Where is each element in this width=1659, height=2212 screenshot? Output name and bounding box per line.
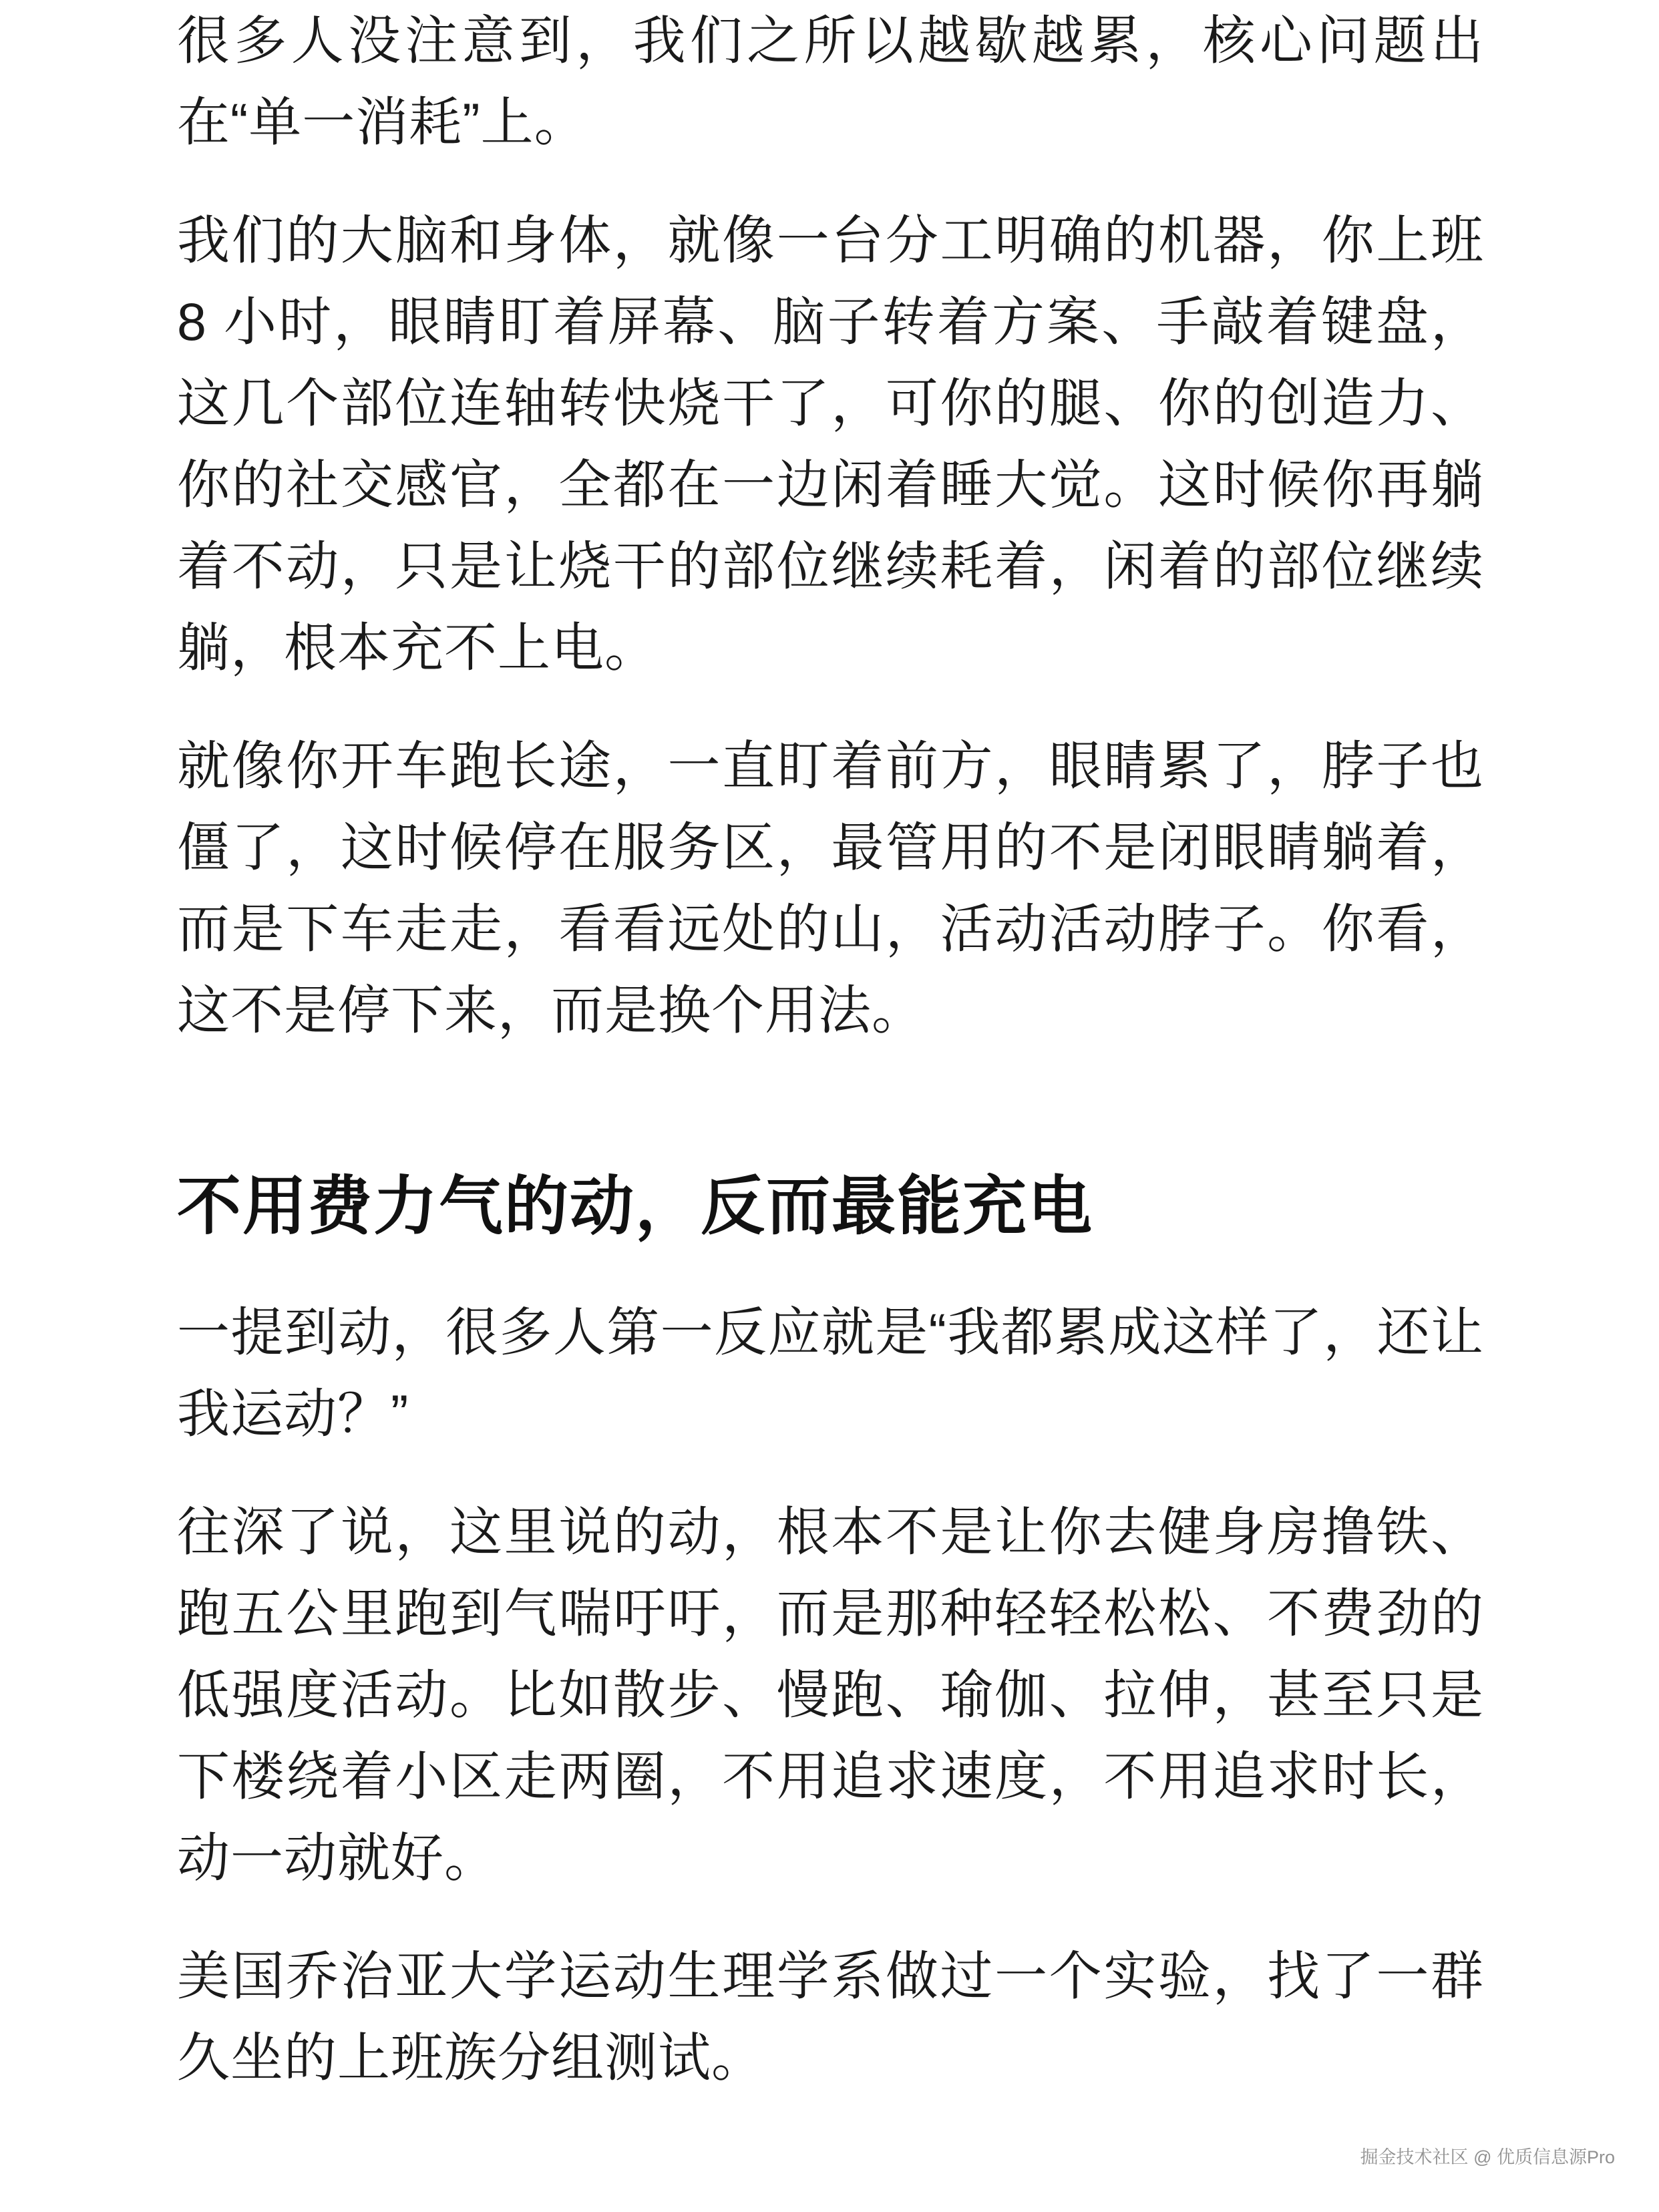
article-paragraph: 就像你开车跑长途，一直盯着前方，眼睛累了，脖子也僵了，这时候停在服务区，最管用的… [177,725,1484,1051]
section-heading: 不用费力气的动，反而最能充电 [177,1161,1484,1252]
article-paragraph: 很多人没注意到，我们之所以越歇越累，核心问题出在“单一消耗”上。 [177,0,1484,163]
article-paragraph: 美国乔治亚大学运动生理学系做过一个实验，找了一群久坐的上班族分组测试。 [177,1935,1484,2098]
article-page: 很多人没注意到，我们之所以越歇越累，核心问题出在“单一消耗”上。 我们的大脑和身… [0,0,1659,2212]
article-paragraph: 往深了说，这里说的动，根本不是让你去健身房撸铁、跑五公里跑到气喘吁吁，而是那种轻… [177,1491,1484,1899]
article-paragraph: 一提到动，很多人第一反应就是“我都累成这样了，还让我运动？” [177,1292,1484,1455]
watermark: 掘金技术社区 @ 优质信息源Pro [1360,2147,1615,2168]
article-body: 很多人没注意到，我们之所以越歇越累，核心问题出在“单一消耗”上。 我们的大脑和身… [0,0,1659,2098]
article-paragraph: 我们的大脑和身体，就像一台分工明确的机器，你上班 8 小时，眼睛盯着屏幕、脑子转… [177,200,1484,689]
